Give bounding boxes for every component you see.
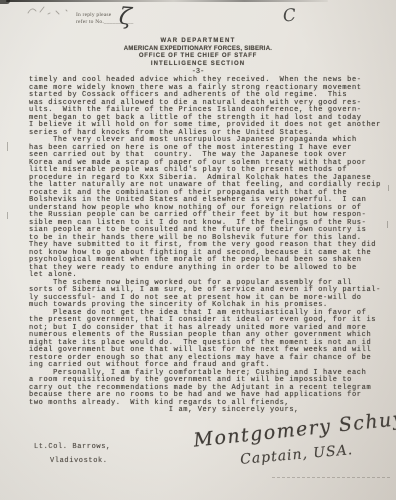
addressee-city: Vladivostok. [34,454,111,468]
org-line-chief-of-staff: OFFICE OF THE CHIEF OF STAFF [0,53,396,61]
addressee-block: Lt.Col. Barrows, Vladivostok. [34,440,111,468]
scan-artifact [387,221,388,228]
typed-body: timely and cool headed advice which they… [29,77,381,415]
signature-rank: Captain, USA. [240,442,354,468]
letterhead-org-block: WAR DEPARTMENT AMERICAN EXPEDITIONARY FO… [0,38,396,68]
typed-line: I am, Very sincerely yours, [29,407,381,415]
org-line-war-department: WAR DEPARTMENT [0,38,396,46]
typed-line: that they were ready to endure anything … [29,265,381,273]
page-number: -3- [0,68,396,76]
addressee-name: Lt.Col. Barrows, [34,440,111,454]
scan-artifact-corner [0,0,10,4]
scan-artifact [7,212,8,219]
handwritten-squiggle-mark: ζ [118,4,132,31]
scan-artifact-dotted-line [272,477,390,478]
scan-artifact [388,185,389,191]
scan-artifact [7,142,8,151]
handwritten-c-mark: C [282,5,297,26]
pencil-scribble [26,4,74,23]
scan-artifact-top-edge [6,0,328,2]
letter-page: In reply please refer to No.__________ ζ… [0,0,396,500]
